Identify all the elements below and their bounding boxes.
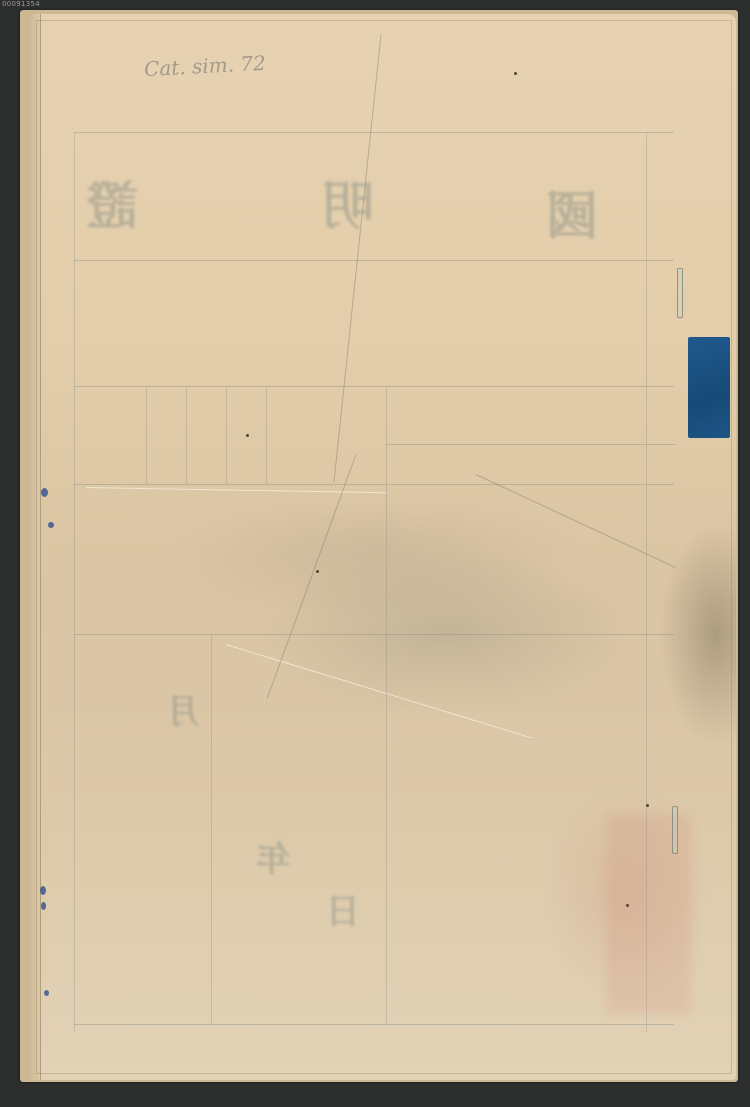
paper-speck bbox=[626, 904, 629, 907]
form-rule bbox=[74, 634, 674, 635]
form-rule bbox=[211, 634, 212, 1024]
form-rule bbox=[74, 1024, 674, 1025]
ink-spot bbox=[41, 902, 46, 910]
paper-speck bbox=[646, 804, 649, 807]
staple-icon bbox=[677, 268, 683, 318]
ink-spot bbox=[40, 886, 46, 895]
form-rule bbox=[266, 386, 267, 484]
bleed-through-char: 國 bbox=[546, 174, 598, 249]
form-rule bbox=[186, 386, 187, 484]
form-rule bbox=[226, 386, 227, 484]
form-rule bbox=[146, 386, 147, 484]
bleed-through-char: 月 bbox=[166, 684, 200, 733]
document-page: 證 明 國 年 月 日 Cat. sim. 72 bbox=[26, 14, 736, 1080]
blue-index-tab bbox=[688, 337, 730, 438]
staple-icon bbox=[672, 806, 678, 854]
form-rule bbox=[74, 132, 75, 1032]
paper-speck bbox=[246, 434, 249, 437]
bleed-through-char: 年 bbox=[256, 832, 290, 881]
stamp-residue bbox=[606, 814, 691, 1014]
paper-speck bbox=[514, 72, 517, 75]
ink-spot bbox=[48, 522, 54, 528]
form-rule bbox=[386, 444, 676, 445]
bleed-through-char: 證 bbox=[86, 164, 138, 239]
scan-id-label: 00091354 bbox=[2, 0, 40, 8]
form-rule bbox=[74, 132, 674, 133]
form-rule bbox=[386, 386, 387, 1026]
paper-speck bbox=[316, 570, 319, 573]
bleed-through-char: 明 bbox=[322, 164, 374, 239]
form-rule bbox=[74, 386, 674, 387]
ink-spot bbox=[41, 488, 48, 497]
ink-spot bbox=[44, 990, 49, 996]
form-rule bbox=[74, 484, 674, 485]
bleed-through-char: 日 bbox=[326, 884, 360, 933]
form-rule bbox=[74, 260, 674, 261]
